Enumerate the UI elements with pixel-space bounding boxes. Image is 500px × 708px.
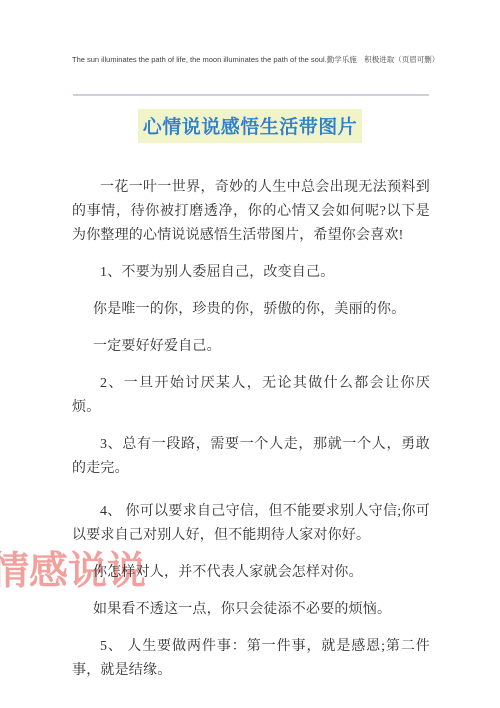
paragraph: 2、一旦开始讨厌某人，无论其做什么都会让你厌烦。 bbox=[72, 372, 430, 420]
paragraph: 如果看不透这一点，你只会徒添不必要的烦恼。 bbox=[72, 598, 430, 622]
page-header-text: The sun illuminates the path of life, th… bbox=[72, 54, 430, 65]
paragraph: 一花一叶一世界，奇妙的人生中总会出现无法预料到的事情，待你被打磨透净，你的心情又… bbox=[72, 176, 430, 248]
document-title: 心情说说感悟生活带图片 bbox=[143, 117, 358, 138]
header-divider-line bbox=[73, 94, 429, 96]
paragraph: 一定要好好爱自己。 bbox=[72, 335, 430, 359]
paragraph: 你是唯一的你，珍贵的你，骄傲的你，美丽的你。 bbox=[72, 298, 430, 322]
title-highlight: 心情说说感悟生活带图片 bbox=[138, 109, 363, 143]
document-page: The sun illuminates the path of life, th… bbox=[0, 0, 500, 708]
paragraph: 4、 你可以要求自己守信，但不能要求别人守信;你可以要求自己对别人好，但不能期待… bbox=[72, 500, 430, 548]
paragraph: 1、不要为别人委屈自己，改变自己。 bbox=[72, 261, 430, 285]
paragraph: 5、 人生要做两件事：第一件事，就是感恩;第二件事，就是结缘。 bbox=[72, 635, 430, 683]
title-row: 心情说说感悟生活带图片 bbox=[0, 109, 500, 143]
paragraph: 3、总有一段路，需要一个人走，那就一个人，勇敢的走完。 bbox=[72, 433, 430, 481]
document-body: 一花一叶一世界，奇妙的人生中总会出现无法预料到的事情，待你被打磨透净，你的心情又… bbox=[72, 176, 430, 696]
paragraph: 你怎样对人，并不代表人家就会怎样对你。 bbox=[72, 561, 430, 585]
